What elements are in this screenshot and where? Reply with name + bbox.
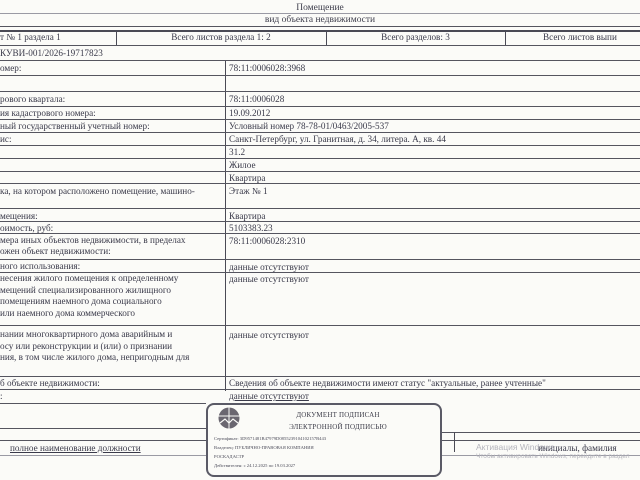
rule xyxy=(0,45,640,46)
col-divider xyxy=(454,432,455,452)
rule xyxy=(0,13,640,14)
extract-number: КУВИ-001/2026-19717823 xyxy=(0,48,103,59)
activation-watermark-title: Активация Windows xyxy=(476,442,554,452)
value-purpose: Жилое xyxy=(229,160,256,171)
label-other-objects: мера иных объектов недвижимости, в преде… xyxy=(0,235,222,256)
sections-total: Всего разделов: 3 xyxy=(326,32,505,43)
rule xyxy=(0,132,640,133)
rule xyxy=(0,428,206,429)
value-quarter: 78:11:0006028 xyxy=(229,94,284,105)
sheets-total: Всего листов выпи xyxy=(543,32,617,43)
stamp-title-line2: ЭЛЕКТРОННОЙ ПОДПИСЬЮ xyxy=(248,423,428,431)
sheets-in-section: Всего листов раздела 1: 2 xyxy=(116,32,326,43)
value-specialized-housing: данные отсутствуют xyxy=(229,274,309,285)
rule xyxy=(0,106,640,107)
rule xyxy=(0,158,640,159)
rule xyxy=(0,233,640,234)
rule xyxy=(0,60,640,61)
rule xyxy=(0,26,640,27)
e-signature-stamp: ДОКУМЕНТ ПОДПИСАН ЭЛЕКТРОННОЙ ПОДПИСЬЮ С… xyxy=(206,403,442,477)
label-specialized-housing: несения жилого помещения к определенному… xyxy=(0,273,222,319)
stamp-title-line1: ДОКУМЕНТ ПОДПИСАН xyxy=(248,411,428,419)
value-assign-date: 19.09.2012 xyxy=(229,108,270,119)
label-premises-type: мещения: xyxy=(0,211,38,222)
rule xyxy=(0,325,640,326)
position-caption: полное наименование должности xyxy=(10,443,141,454)
col-divider xyxy=(225,61,226,391)
rule xyxy=(0,145,640,146)
rule xyxy=(0,259,640,260)
rule xyxy=(0,91,640,92)
label-emergency-status: нании многоквартирного дома аварийным и … xyxy=(0,329,222,364)
rule xyxy=(0,376,640,377)
value-other-objects: 78:11:0006028:2310 xyxy=(229,236,305,247)
label-assign-date: ия кадастрового номера: xyxy=(0,108,96,119)
value-prev-number: Условный номер 78-78-01/0463/2005-537 xyxy=(229,121,389,132)
label-use-type: ного использования: xyxy=(0,261,80,272)
col-divider xyxy=(505,30,506,45)
label-floor: ка, на котором расположено помещение, ма… xyxy=(0,186,195,197)
activation-watermark-text: Чтобы активировать Windows, перейдите в … xyxy=(476,453,630,460)
value-area: 31.2 xyxy=(229,147,245,158)
value-premises-type: Квартира xyxy=(229,211,266,222)
value-address: Санкт-Петербург, ул. Гранитная, д. 34, л… xyxy=(229,134,446,145)
sheet-number: т № 1 раздела 1 xyxy=(0,32,61,43)
rule xyxy=(0,119,640,120)
label-special-notes: : xyxy=(0,391,3,402)
label-object-status: б объекте недвижимости: xyxy=(0,378,100,389)
rule xyxy=(0,389,640,390)
label-prev-number: ный государственный учетный номер: xyxy=(0,121,150,132)
rule xyxy=(0,75,640,76)
value-floor: Этаж № 1 xyxy=(229,186,268,197)
label-cadastral-value: оимость, руб: xyxy=(0,223,53,234)
rule xyxy=(0,183,640,184)
value-object-status: Сведения об объекте недвижимости имеют с… xyxy=(229,378,546,389)
value-cadastral-value: 5103383.23 xyxy=(229,223,273,234)
label-cadastral-number: омер: xyxy=(0,63,21,74)
stamp-owner: Владелец: ПУБЛИЧНО-ПРАВОВАЯ КОМПАНИЯ xyxy=(214,445,314,450)
value-cadastral-number: 78:11:0006028:3968 xyxy=(229,63,305,74)
label-quarter: рового квартала: xyxy=(0,94,65,105)
scanned-extract-page: Помещение вид объекта недвижимости т № 1… xyxy=(0,0,640,480)
value-emergency-status: данные отсутствуют xyxy=(229,330,309,341)
rule xyxy=(0,221,640,222)
stamp-owner-org: РОСКАДАСТР xyxy=(214,454,244,459)
rosreestr-emblem-icon xyxy=(218,407,240,429)
object-type-subtitle: вид объекта недвижимости xyxy=(0,15,640,26)
value-special-notes: данные отсутствуют xyxy=(229,391,309,402)
stamp-validity: Действителен: с 24.12.2025 по 19.03.2027 xyxy=(214,463,295,468)
label-address: ис: xyxy=(0,134,12,145)
object-type-title: Помещение xyxy=(0,3,640,14)
stamp-certificate: Сертификат: 3D9571481B47979D085523910410… xyxy=(214,436,326,441)
value-name: Квартира xyxy=(229,173,266,184)
rule xyxy=(440,432,640,433)
rule xyxy=(0,403,206,404)
rule xyxy=(0,171,640,172)
rule xyxy=(0,208,640,209)
value-use-type: данные отсутствуют xyxy=(229,262,309,273)
